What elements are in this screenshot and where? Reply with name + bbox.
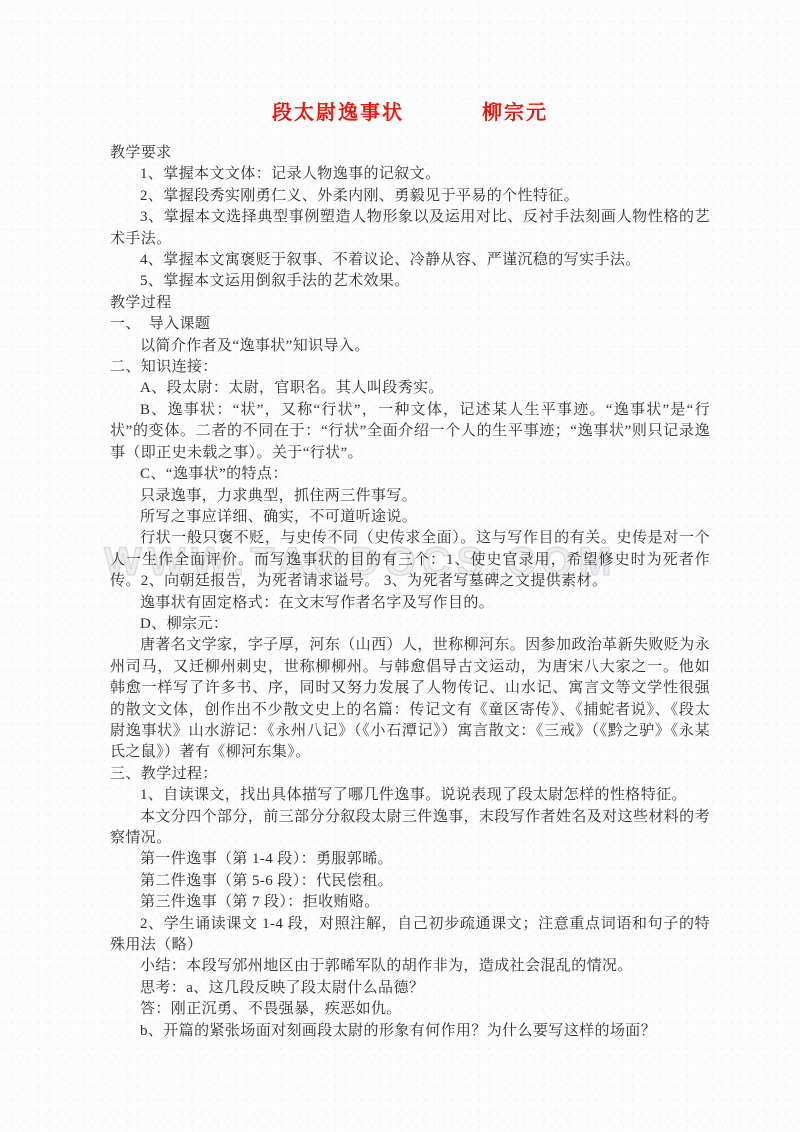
paragraph: 5、掌握本文运用倒叙手法的艺术效果。 bbox=[110, 271, 710, 292]
title-author: 柳宗元 bbox=[482, 102, 548, 124]
paragraph: 三、教学过程： bbox=[110, 764, 710, 785]
paragraph: 只录逸事，力求典型，抓住两三件事写。 bbox=[110, 486, 710, 507]
paragraph: 教学要求 bbox=[110, 143, 710, 164]
paragraph-list: 教学要求1、掌握本文文体：记录人物逸事的记叙文。2、掌握段秀实刚勇仁义、外柔内刚… bbox=[110, 143, 710, 1042]
paragraph: 第三件逸事（第 7 段）：拒收贿赂。 bbox=[110, 892, 710, 913]
paragraph: 行状一般只褒不贬，与史传不同（史传求全面）。这与写作目的有关。史传是对一个人一生… bbox=[110, 528, 710, 592]
paragraph: 思考：a、这几段反映了段太尉什么品德？ bbox=[110, 978, 710, 999]
paragraph: 答：刚正沉勇、不畏强暴，疾恶如仇。 bbox=[110, 999, 710, 1020]
paragraph: A、段太尉：太尉，官职名。其人叫段秀实。 bbox=[110, 378, 710, 399]
paragraph: 1、掌握本文文体：记录人物逸事的记叙文。 bbox=[110, 164, 710, 185]
paragraph: 逸事状有固定格式：在文末写作者名字及写作目的。 bbox=[110, 593, 710, 614]
paragraph: 本文分四个部分，前三部分分叙段太尉三件逸事，末段写作者姓名及对这些材料的考察情况… bbox=[110, 807, 710, 850]
paragraph: 所写之事应详细、确实，不可道听途说。 bbox=[110, 507, 710, 528]
paragraph: 2、掌握段秀实刚勇仁义、外柔内刚、勇毅见于平易的个性特征。 bbox=[110, 186, 710, 207]
paragraph: 小结：本段写邠州地区由于郭晞军队的胡作非为，造成社会混乱的情况。 bbox=[110, 956, 710, 977]
title-text: 段太尉逸事状 bbox=[272, 102, 404, 124]
paragraph: 3、掌握本文选择典型事例塑造人物形象以及运用对比、反衬手法刻画人物性格的艺术手法… bbox=[110, 207, 710, 250]
paragraph: 2、学生诵读课文 1-4 段，对照注解，自己初步疏通课文；注意重点词语和句子的特… bbox=[110, 914, 710, 957]
paragraph: b、开篇的紧张场面对刻画段太尉的形象有何作用？为什么要写这样的场面？ bbox=[110, 1021, 710, 1042]
paragraph: 以简介作者及“逸事状”知识导入。 bbox=[110, 336, 710, 357]
paragraph: 一、 导入课题 bbox=[110, 314, 710, 335]
paragraph: D、柳宗元： bbox=[110, 614, 710, 635]
paragraph: 唐著名文学家，字子厚，河东（山西）人，世称柳河东。因参加政治革新失败贬为永州司马… bbox=[110, 635, 710, 763]
paragraph: 二、知识连接： bbox=[110, 357, 710, 378]
paragraph: 第二件逸事（第 5-6 段）：代民偿租。 bbox=[110, 871, 710, 892]
paragraph: 4、掌握本文寓褒贬于叙事、不着议论、冷静从容、严谨沉稳的写实手法。 bbox=[110, 250, 710, 271]
paragraph: 第一件逸事（第 1-4 段）：勇服郭晞。 bbox=[110, 849, 710, 870]
document-title: 段太尉逸事状柳宗元 bbox=[110, 96, 710, 125]
paragraph: 1、自读课文，找出具体描写了哪几件逸事。说说表现了段太尉怎样的性格特征。 bbox=[110, 785, 710, 806]
document-page: WWW.TAODOCS.COM 段太尉逸事状柳宗元 教学要求1、掌握本文文体：记… bbox=[0, 0, 800, 1132]
paragraph: C、“逸事状”的特点： bbox=[110, 464, 710, 485]
document-content: 段太尉逸事状柳宗元 教学要求1、掌握本文文体：记录人物逸事的记叙文。2、掌握段秀… bbox=[110, 96, 710, 1042]
paragraph: 教学过程 bbox=[110, 293, 710, 314]
paragraph: B、逸事状：“状”，又称“行状”，一种文体，记述某人生平事迹。“逸事状”是“行状… bbox=[110, 400, 710, 464]
